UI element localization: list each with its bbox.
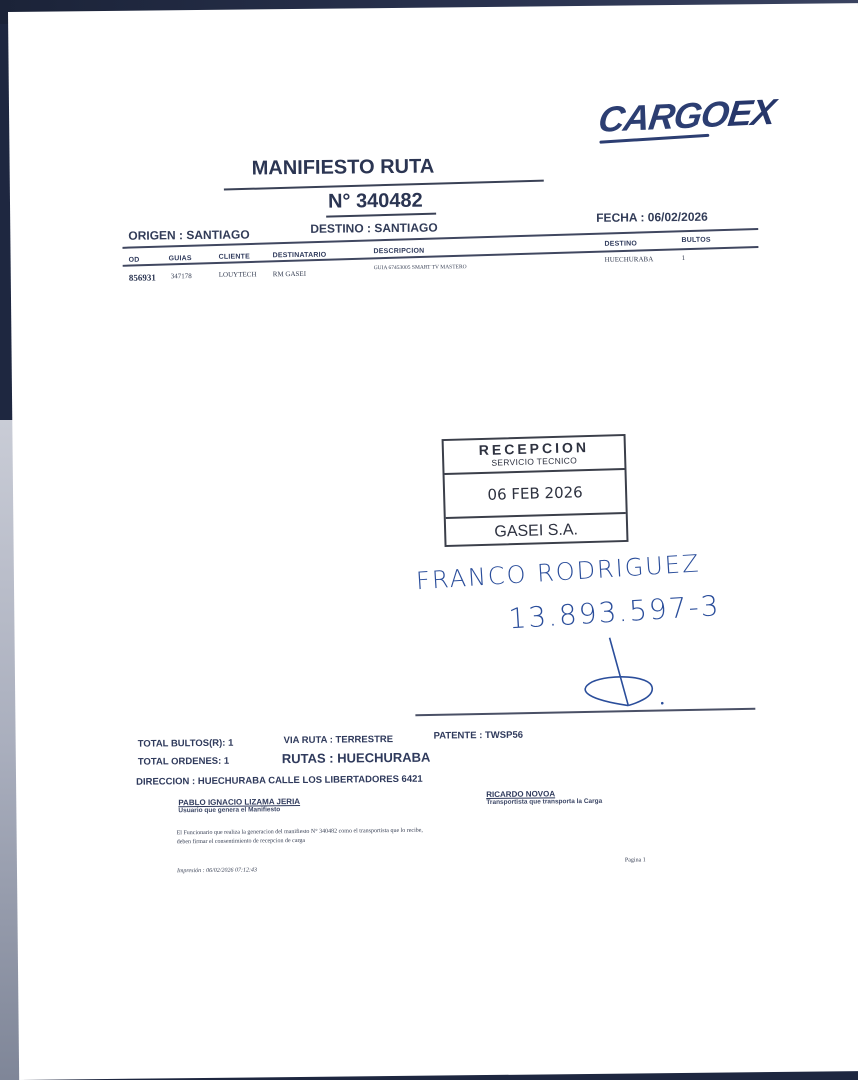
logo-text-ex: EX <box>726 91 778 134</box>
cell-bultos: 1 <box>682 254 686 262</box>
via-ruta: VIA RUTA : TERRESTRE <box>284 734 394 746</box>
note-line-1: El Funcionario que realiza la generacion… <box>177 828 423 837</box>
col-header-destinatario: DESTINATARIO <box>273 252 327 260</box>
stamp-company: GASEI S.A. <box>446 514 627 549</box>
logo-text-cargo: CARGO <box>596 93 731 140</box>
page-number: Pagina 1 <box>625 857 646 863</box>
fecha-label: FECHA : 06/02/2026 <box>596 210 708 225</box>
cell-cliente: LOUYTECH <box>219 270 257 278</box>
cell-guias: 347178 <box>171 272 192 280</box>
col-header-od: OD <box>129 257 140 264</box>
handwritten-signature <box>570 635 681 716</box>
origen-label: ORIGEN : SANTIAGO <box>128 227 249 242</box>
col-header-bultos: BULTOS <box>681 237 710 244</box>
patente: PATENTE : TWSP56 <box>434 730 524 742</box>
col-header-descripcion: DESCRIPCION <box>373 248 424 256</box>
cargoex-logo: CARGOEX <box>596 91 777 141</box>
impresion-timestamp: Impresión : 06/02/2026 07:12:43 <box>177 867 257 874</box>
reception-stamp: RECEPCION SERVICIO TECNICO 06 FEB 2026 G… <box>442 434 629 547</box>
col-header-cliente: CLIENTE <box>219 253 250 260</box>
col-header-destino: DESTINO <box>604 240 637 247</box>
handwritten-rut: 13.893.597-3 <box>507 589 721 635</box>
stamp-date: 06 FEB 2026 <box>445 470 626 519</box>
cell-destino: HUECHURABA <box>605 255 654 264</box>
col-header-guias: GUIAS <box>169 255 192 262</box>
note-line-2: deben firmar el consentimiento de recepc… <box>177 838 305 845</box>
cell-descripcion: GUIA 67453005 SMART TV MASTERO <box>374 264 467 271</box>
total-bultos: TOTAL BULTOS(R): 1 <box>138 738 234 750</box>
title-underline <box>224 180 544 191</box>
cell-od: 856931 <box>129 272 156 282</box>
manifest-document: CARGOEX MANIFIESTO RUTA N° 340482 ORIGEN… <box>8 3 858 1080</box>
handwritten-name: FRANCO RODRIGUEZ <box>415 549 701 595</box>
direccion: DIRECCION : HUECHURABA CALLE LOS LIBERTA… <box>136 774 423 788</box>
total-ordenes: TOTAL ORDENES: 1 <box>138 756 229 768</box>
signer-1-role: Usuario que genera el Manifiesto <box>178 806 280 814</box>
cell-destinatario: RM GASEI <box>273 270 306 278</box>
manifest-number: N° 340482 <box>328 190 423 214</box>
signer-2-role: Transportista que transporta la Carga <box>486 798 602 806</box>
destino-label: DESTINO : SANTIAGO <box>310 221 437 236</box>
document-title: MANIFIESTO RUTA <box>252 156 435 181</box>
rutas: RUTAS : HUECHURABA <box>282 750 431 767</box>
